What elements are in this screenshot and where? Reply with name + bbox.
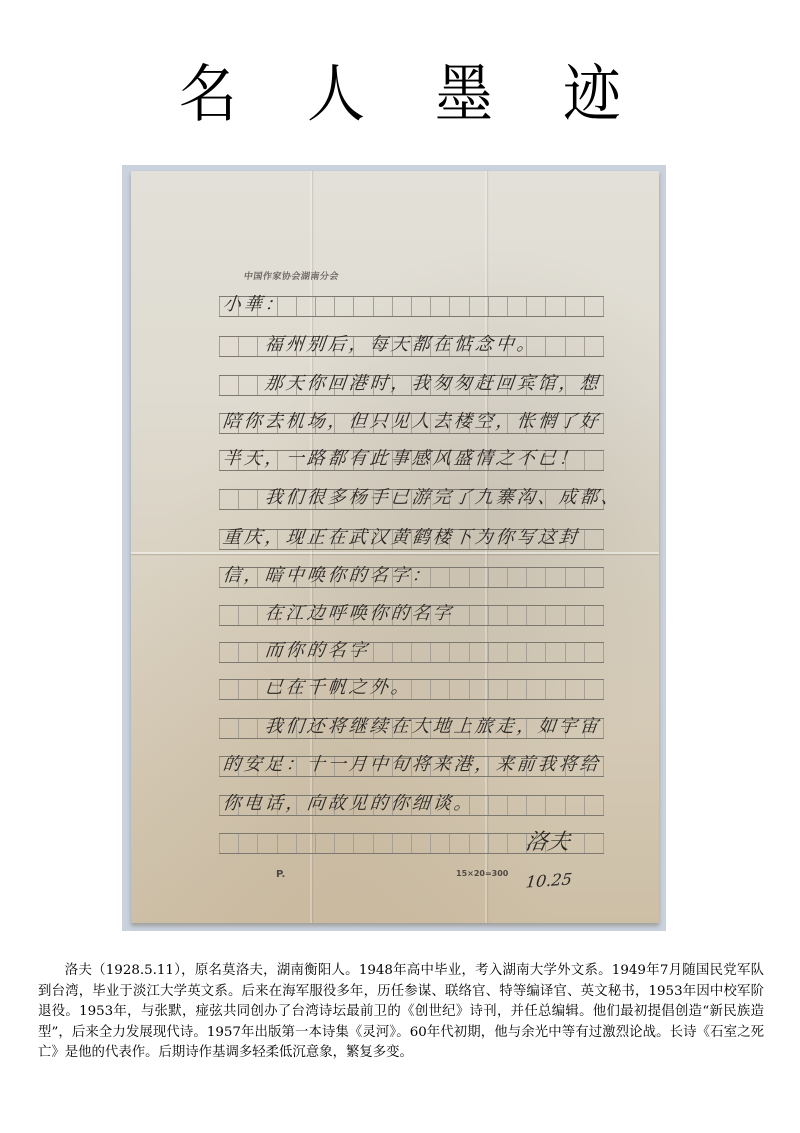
handwritten-line: 我们还将继续在大地上旅走，如宇宙 (222, 712, 603, 738)
grid-cell (449, 680, 468, 699)
grid-cell (469, 643, 488, 662)
grid-cell (526, 606, 545, 625)
handwritten-line: 的安足：十一月中旬将来港，来前我将给 (222, 750, 603, 776)
grid-cell (488, 643, 507, 662)
grid-cell (469, 297, 488, 316)
signature: 洛夫 (523, 825, 572, 856)
letter-photo: 中国作家协会湖南分会 小華： 福州别后，每天都在惦念中。 那天你回港时，我匆匆赶… (122, 165, 666, 931)
grid-cell (584, 451, 604, 470)
grid-cell (545, 643, 564, 662)
title-char-1: 名 (175, 55, 241, 141)
grid-cell (315, 834, 334, 853)
grid-cell (526, 297, 545, 316)
grid-cell (411, 680, 430, 699)
grid-cell (565, 337, 584, 356)
grid-cell (411, 834, 430, 853)
grid-cell (392, 297, 411, 316)
grid-cell (507, 796, 526, 815)
handwritten-line: 信，暗中唤你的名字： (222, 561, 435, 587)
grid-cell (565, 680, 584, 699)
grid-cell (545, 297, 564, 316)
grid-cell (238, 834, 257, 853)
grid-spec-label: 15×20=300 (456, 869, 508, 878)
grid-cell (392, 834, 411, 853)
grid-cell (565, 297, 584, 316)
grid-cell (449, 568, 468, 587)
grid-cell (373, 297, 392, 316)
handwritten-line: 福州别后，每天都在惦念中。 (222, 330, 540, 356)
grid-cell (584, 297, 604, 316)
handwritten-line: 你电话，向故见的你细谈。 (222, 789, 477, 815)
grid-cell (584, 530, 604, 549)
handwritten-line: 我们很多杨手已游完了九寨沟、成都、 (222, 483, 624, 509)
grid-cell (373, 643, 392, 662)
grid-cell (488, 834, 507, 853)
letter-date: 10.25 (525, 869, 573, 891)
grid-cell (545, 606, 564, 625)
title-char-2: 人 (303, 55, 369, 141)
grid-cell (565, 606, 584, 625)
grid-cell (545, 796, 564, 815)
grid-cell (277, 834, 296, 853)
grid-cell (296, 834, 315, 853)
grid-cell (507, 297, 526, 316)
grid-cell (584, 606, 604, 625)
grid-cell (469, 834, 488, 853)
handwritten-line: 陪你去机场，但只见人去楼空，怅惘了好 (222, 407, 603, 433)
page-label: P. (276, 869, 285, 880)
grid-cell (526, 643, 545, 662)
grid-cell (565, 796, 584, 815)
grid-cell (488, 297, 507, 316)
grid-cell (411, 643, 430, 662)
grid-cell (469, 680, 488, 699)
handwritten-line: 小華： (222, 290, 288, 316)
title-char-3: 墨 (431, 55, 497, 141)
grid-cell (507, 680, 526, 699)
grid-cell (469, 568, 488, 587)
biography-caption: 洛夫（1928.5.11），原名莫洛夫，湖南衡阳人。1948年高中毕业，考入湖南… (38, 961, 764, 1064)
grid-cell (584, 643, 604, 662)
grid-cell (584, 680, 604, 699)
grid-cell (488, 606, 507, 625)
grid-cell (430, 643, 449, 662)
grid-cell (507, 568, 526, 587)
grid-cell (449, 297, 468, 316)
grid-cell (257, 834, 276, 853)
grid-cell (488, 680, 507, 699)
letter-paper: 中国作家协会湖南分会 小華： 福州别后，每天都在惦念中。 那天你回港时，我匆匆赶… (131, 171, 659, 923)
letterhead: 中国作家协会湖南分会 (243, 269, 340, 282)
grid-cell (469, 606, 488, 625)
grid-cell (507, 643, 526, 662)
grid-cell (353, 834, 372, 853)
grid-cell (315, 297, 334, 316)
handwritten-line: 而你的名字 (222, 636, 372, 662)
grid-cell (392, 643, 411, 662)
fold-line-horizontal (131, 552, 659, 554)
grid-cell (545, 568, 564, 587)
title-char-4: 迹 (559, 55, 625, 141)
grid-cell (430, 680, 449, 699)
grid-cell (584, 796, 604, 815)
grid-cell (584, 568, 604, 587)
handwritten-line: 在江边呼唤你的名字 (222, 599, 456, 625)
grid-cell (565, 643, 584, 662)
grid-cell (430, 297, 449, 316)
grid-cell (373, 834, 392, 853)
grid-cell (411, 297, 430, 316)
handwritten-line: 那天你回港时，我匆匆赶回宾馆，想 (222, 369, 603, 395)
grid-cell (545, 680, 564, 699)
grid-cell (353, 297, 372, 316)
grid-cell (526, 796, 545, 815)
grid-cell (565, 568, 584, 587)
handwritten-line: 已在千帆之外。 (222, 673, 414, 699)
grid-cell (219, 834, 238, 853)
grid-cell (584, 337, 604, 356)
grid-cell (507, 606, 526, 625)
grid-cell (545, 337, 564, 356)
grid-cell (296, 297, 315, 316)
grid-cell (526, 680, 545, 699)
grid-cell (488, 568, 507, 587)
grid-cell (449, 643, 468, 662)
grid-cell (334, 834, 353, 853)
grid-cell (334, 297, 353, 316)
grid-cell (488, 796, 507, 815)
handwritten-line: 重庆，现正在武汉黄鹤楼下为你写这封 (222, 523, 582, 549)
grid-cell (526, 568, 545, 587)
grid-cell (449, 834, 468, 853)
grid-cell (584, 834, 604, 853)
page-title: 名 人 墨 迹 (0, 58, 800, 138)
grid-cell (430, 834, 449, 853)
handwritten-line: 半天，一路都有此事感风盛情之不已！ (222, 444, 582, 470)
